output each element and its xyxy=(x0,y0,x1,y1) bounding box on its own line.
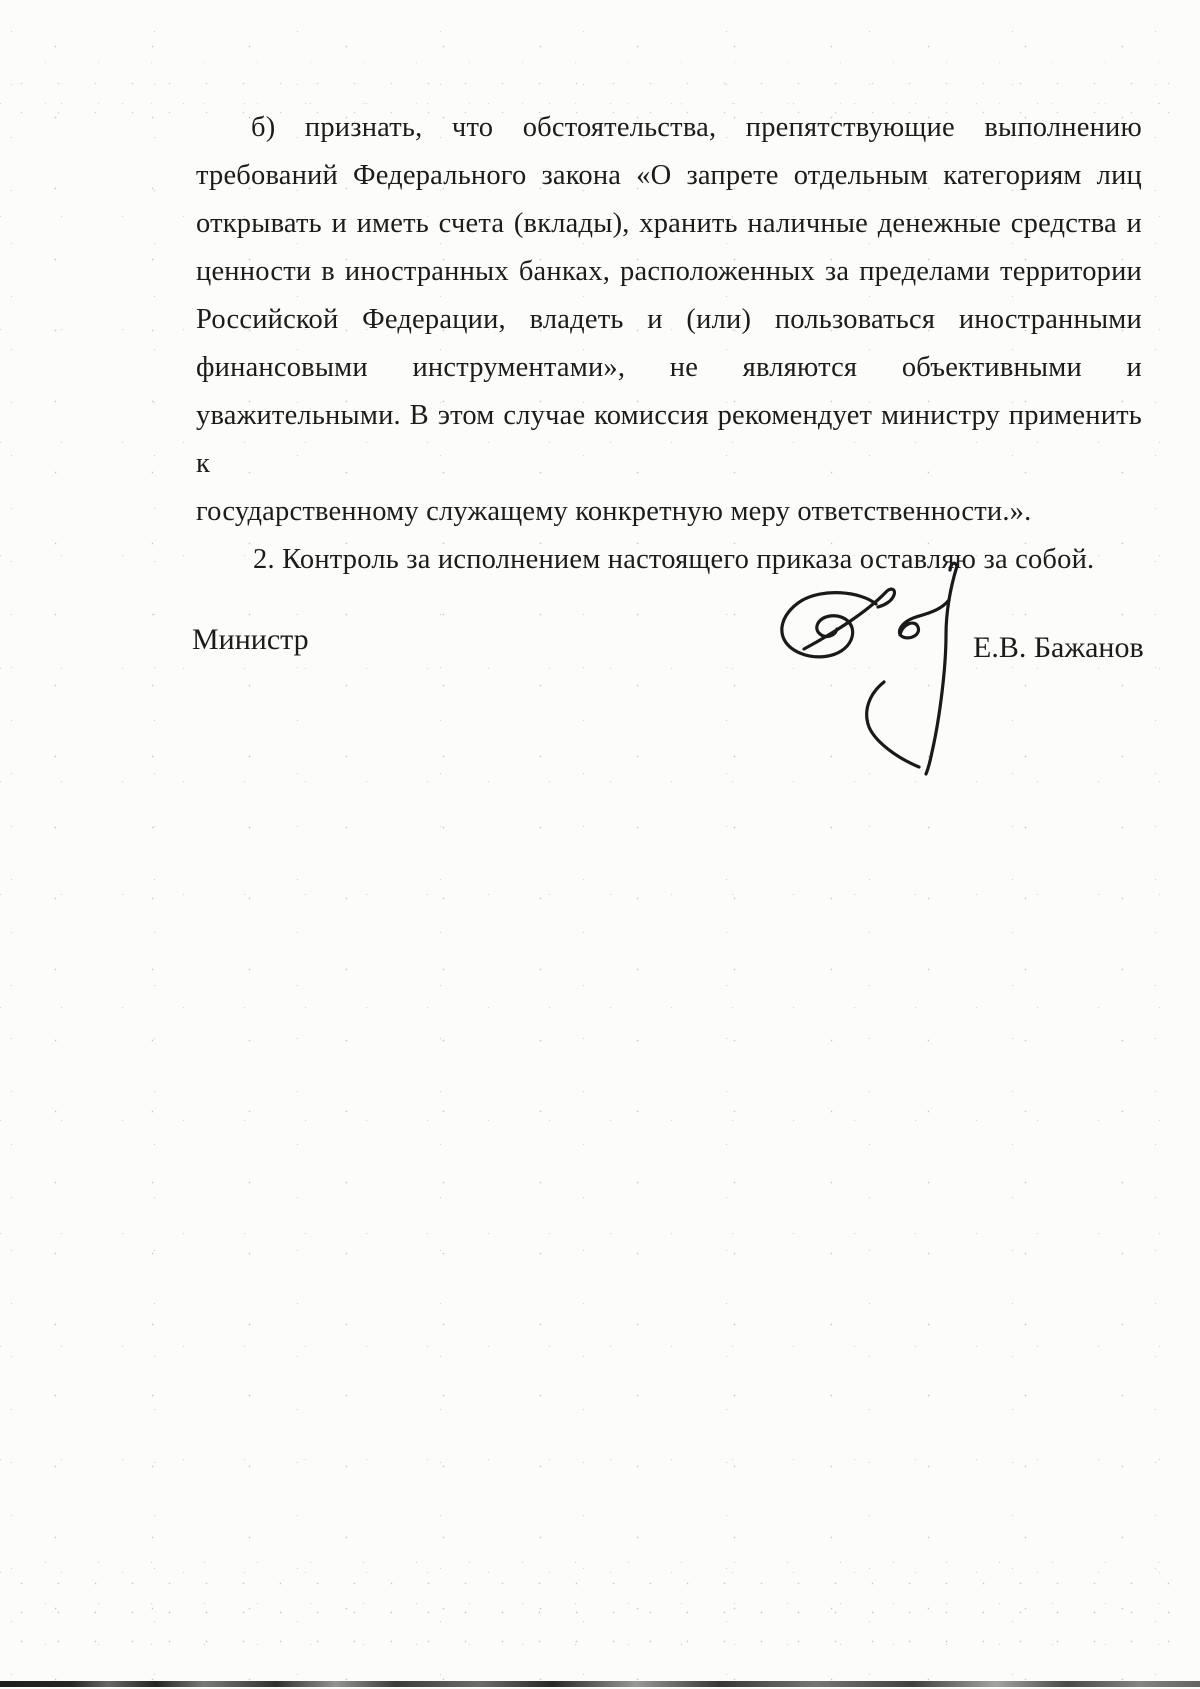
scan-noise-band-bottom xyxy=(0,1560,1200,1670)
body-line: финансовыми инструментами», не являются … xyxy=(196,344,1142,392)
body-line: уважительными. В этом случае комиссия ре… xyxy=(196,392,1142,488)
body-line: открывать и иметь счета (вклады), хранит… xyxy=(196,200,1142,248)
handwritten-signature-icon xyxy=(718,526,986,784)
body-line: б) признать, что обстоятельства, препятс… xyxy=(196,104,1142,152)
body-line: требований Федерального закона «О запрет… xyxy=(196,152,1142,200)
order-text-block: б) признать, что обстоятельства, препятс… xyxy=(196,104,1142,584)
scan-artifact-bottom-edge xyxy=(0,1681,1200,1687)
body-line: государственному служащему конкретную ме… xyxy=(196,488,1142,536)
signatory-name: Е.В. Бажанов xyxy=(973,630,1144,666)
body-line: ценности в иностранных банках, расположе… xyxy=(196,248,1142,296)
control-clause-line: 2. Контроль за исполнением настоящего пр… xyxy=(196,536,1142,584)
document-page: б) признать, что обстоятельства, препятс… xyxy=(0,0,1200,1689)
body-line: Российской Федерации, владеть и (или) по… xyxy=(196,296,1142,344)
signatory-title: Министр xyxy=(192,622,309,658)
